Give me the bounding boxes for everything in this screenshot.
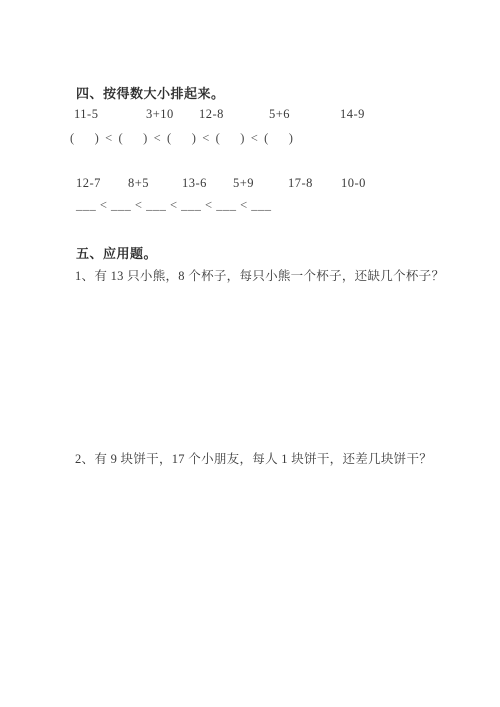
worksheet-page: 四、按得数大小排起来。 11-5 3+10 12-8 5+6 14-9 ( ) … — [0, 0, 500, 707]
expression: 12-8 — [199, 107, 224, 122]
expression: 5+6 — [269, 107, 290, 122]
expression: 3+10 — [146, 107, 174, 122]
expression: 10-0 — [341, 176, 366, 191]
word-problem-1: 1、有 13 只小熊，8 个杯子，每只小熊一个杯子，还缺几个杯子？ — [75, 266, 444, 284]
section-4-heading: 四、按得数大小排起来。 — [76, 83, 225, 102]
section-5-heading: 五、应用题。 — [76, 243, 157, 262]
expression: 5+9 — [233, 176, 254, 191]
expression: 14-9 — [340, 107, 365, 122]
expression: 12-7 — [76, 176, 101, 191]
answer-blank-line-parens: ( ) < ( ) < ( ) < ( ) < ( ) — [70, 131, 295, 146]
word-problem-2: 2、有 9 块饼干，17 个小朋友，每人 1 块饼干，还差几块饼干？ — [75, 449, 432, 467]
expression: 13-6 — [182, 176, 207, 191]
expression: 17-8 — [288, 176, 313, 191]
expression: 8+5 — [128, 176, 149, 191]
answer-blank-line-underscores: ___ < ___ < ___ < ___ < ___ < ___ — [76, 198, 272, 213]
expression: 11-5 — [74, 107, 98, 122]
